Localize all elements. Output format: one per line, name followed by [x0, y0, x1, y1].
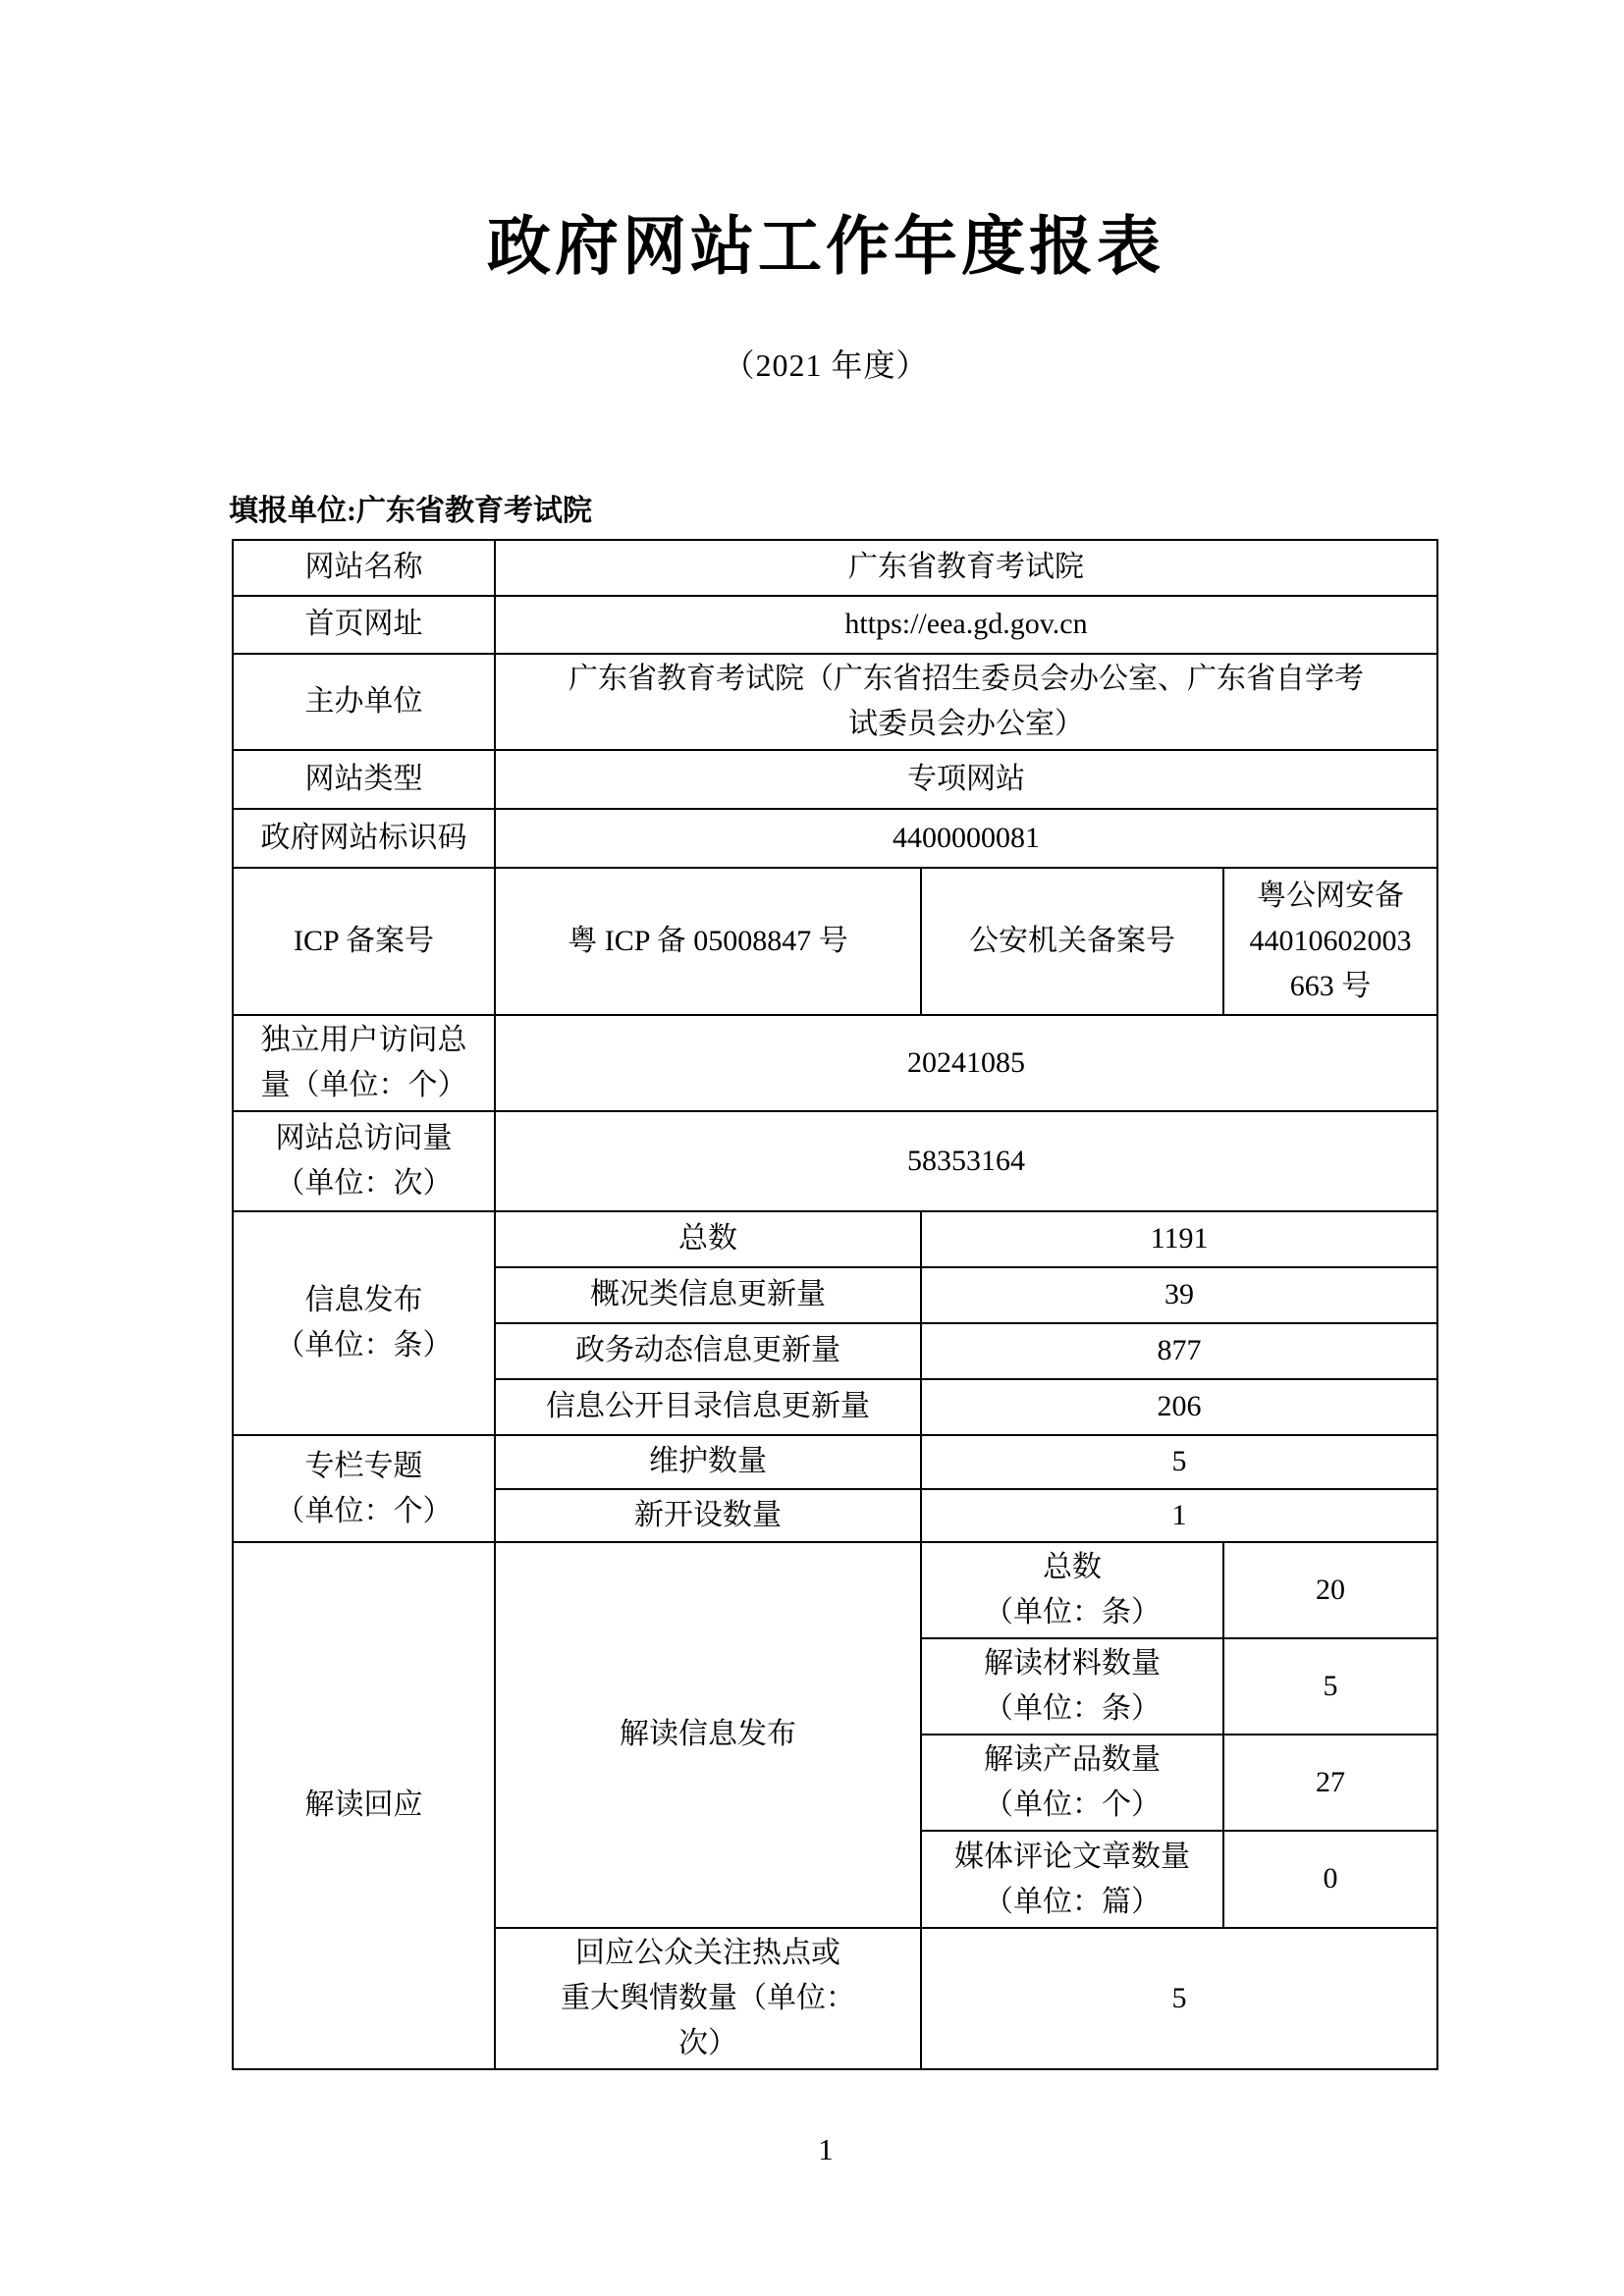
annual-report-table: 网站名称 广东省教育考试院 首页网址 https://eea.gd.gov.cn…	[232, 539, 1438, 2070]
info-release-row-value: 206	[921, 1379, 1437, 1435]
interpretation-row-value: 5	[1223, 1638, 1437, 1735]
page-number: 1	[14, 2132, 1624, 2167]
hot-response-label-line: 重大舆情数量（单位：	[506, 1976, 910, 2021]
total-visits-label: 网站总访问量 （单位：次）	[233, 1111, 495, 1211]
unique-visitors-label-line: 量（单位：个）	[244, 1063, 484, 1108]
site-type-value: 专项网站	[495, 750, 1437, 809]
organizer-value: 广东省教育考试院（广东省招生委员会办公室、广东省自学考 试委员会办公室）	[495, 654, 1437, 750]
police-filing-label: 公安机关备案号	[921, 868, 1223, 1015]
organizer-value-line: 广东省教育考试院（广东省招生委员会办公室、广东省自学考	[506, 657, 1427, 702]
unique-visitors-value: 20241085	[495, 1015, 1437, 1111]
police-filing-value-line: 663 号	[1234, 964, 1427, 1009]
info-release-row-value: 39	[921, 1267, 1437, 1323]
page-subtitle: （2021 年度）	[14, 346, 1624, 387]
table-row: 网站名称 广东省教育考试院	[233, 540, 1437, 596]
home-url-value: https://eea.gd.gov.cn	[495, 596, 1437, 654]
interpretation-row-label-line: 解读产品数量	[932, 1737, 1213, 1783]
interpretation-row-value: 27	[1223, 1735, 1437, 1831]
info-release-row-value: 877	[921, 1323, 1437, 1379]
reporting-unit: 填报单位:广东省教育考试院	[229, 492, 592, 530]
unique-visitors-label-line: 独立用户访问总	[244, 1018, 484, 1063]
unique-visitors-label: 独立用户访问总 量（单位：个）	[233, 1015, 495, 1111]
interpretation-group-label: 解读回应	[233, 1542, 495, 2069]
interpretation-row-value: 20	[1223, 1542, 1437, 1638]
interpretation-row-label-line: （单位：条）	[932, 1686, 1213, 1732]
police-filing-value: 粤公网安备 44010602003 663 号	[1223, 868, 1437, 1015]
table-row: 主办单位 广东省教育考试院（广东省招生委员会办公室、广东省自学考 试委员会办公室…	[233, 654, 1437, 750]
organizer-label: 主办单位	[233, 654, 495, 750]
total-visits-label-line: 网站总访问量	[244, 1116, 484, 1161]
home-url-label: 首页网址	[233, 596, 495, 654]
info-release-group-label-line: 信息发布	[244, 1278, 484, 1323]
info-release-row-label: 总数	[495, 1211, 921, 1267]
hot-response-label-line: 回应公众关注热点或	[506, 1931, 910, 1976]
interpretation-publish-label: 解读信息发布	[495, 1542, 921, 1928]
icp-value: 粤 ICP 备 05008847 号	[495, 868, 921, 1015]
special-columns-group-label-line: （单位：个）	[244, 1489, 484, 1534]
special-columns-group-label: 专栏专题 （单位：个）	[233, 1435, 495, 1542]
icp-label: ICP 备案号	[233, 868, 495, 1015]
info-release-group-label: 信息发布 （单位：条）	[233, 1211, 495, 1435]
info-release-row-label: 信息公开目录信息更新量	[495, 1379, 921, 1435]
table-row: 专栏专题 （单位：个） 维护数量 5	[233, 1435, 1437, 1489]
table-row: ICP 备案号 粤 ICP 备 05008847 号 公安机关备案号 粤公网安备…	[233, 868, 1437, 1015]
hot-response-label: 回应公众关注热点或 重大舆情数量（单位： 次）	[495, 1928, 921, 2069]
interpretation-row-label-line: 解读材料数量	[932, 1641, 1213, 1686]
info-release-row-label: 概况类信息更新量	[495, 1267, 921, 1323]
total-visits-label-line: （单位：次）	[244, 1161, 484, 1206]
site-name-value: 广东省教育考试院	[495, 540, 1437, 596]
info-release-row-value: 1191	[921, 1211, 1437, 1267]
interpretation-row-label-line: 媒体评论文章数量	[932, 1835, 1213, 1880]
site-code-value: 4400000081	[495, 809, 1437, 868]
page-title: 政府网站工作年度报表	[14, 208, 1624, 285]
hot-response-value: 5	[921, 1928, 1437, 2069]
total-visits-value: 58353164	[495, 1111, 1437, 1211]
document-page: 政府网站工作年度报表 （2021 年度） 填报单位:广东省教育考试院 网站名称 …	[0, 0, 1624, 2296]
special-columns-row-value: 5	[921, 1435, 1437, 1489]
police-filing-value-line: 粤公网安备	[1234, 874, 1427, 919]
interpretation-row-label: 媒体评论文章数量 （单位：篇）	[921, 1831, 1223, 1928]
table-row: 政府网站标识码 4400000081	[233, 809, 1437, 868]
special-columns-row-label: 维护数量	[495, 1435, 921, 1489]
info-release-group-label-line: （单位：条）	[244, 1323, 484, 1368]
table-row: 首页网址 https://eea.gd.gov.cn	[233, 596, 1437, 654]
interpretation-row-label: 总数 （单位：条）	[921, 1542, 1223, 1638]
table-row: 解读回应 解读信息发布 总数 （单位：条） 20	[233, 1542, 1437, 1638]
table-row: 信息发布 （单位：条） 总数 1191	[233, 1211, 1437, 1267]
table-row: 独立用户访问总 量（单位：个） 20241085	[233, 1015, 1437, 1111]
interpretation-row-label: 解读材料数量 （单位：条）	[921, 1638, 1223, 1735]
interpretation-row-value: 0	[1223, 1831, 1437, 1928]
interpretation-row-label: 解读产品数量 （单位：个）	[921, 1735, 1223, 1831]
site-code-label: 政府网站标识码	[233, 809, 495, 868]
interpretation-row-label-line: （单位：个）	[932, 1783, 1213, 1828]
hot-response-label-line: 次）	[506, 2021, 910, 2066]
special-columns-row-value: 1	[921, 1489, 1437, 1542]
police-filing-value-line: 44010602003	[1234, 919, 1427, 964]
organizer-value-line: 试委员会办公室）	[506, 702, 1427, 747]
special-columns-group-label-line: 专栏专题	[244, 1444, 484, 1489]
interpretation-row-label-line: （单位：篇）	[932, 1880, 1213, 1925]
special-columns-row-label: 新开设数量	[495, 1489, 921, 1542]
interpretation-row-label-line: （单位：条）	[932, 1590, 1213, 1635]
table-row: 网站类型 专项网站	[233, 750, 1437, 809]
table-row: 网站总访问量 （单位：次） 58353164	[233, 1111, 1437, 1211]
info-release-row-label: 政务动态信息更新量	[495, 1323, 921, 1379]
interpretation-row-label-line: 总数	[932, 1545, 1213, 1590]
site-name-label: 网站名称	[233, 540, 495, 596]
site-type-label: 网站类型	[233, 750, 495, 809]
